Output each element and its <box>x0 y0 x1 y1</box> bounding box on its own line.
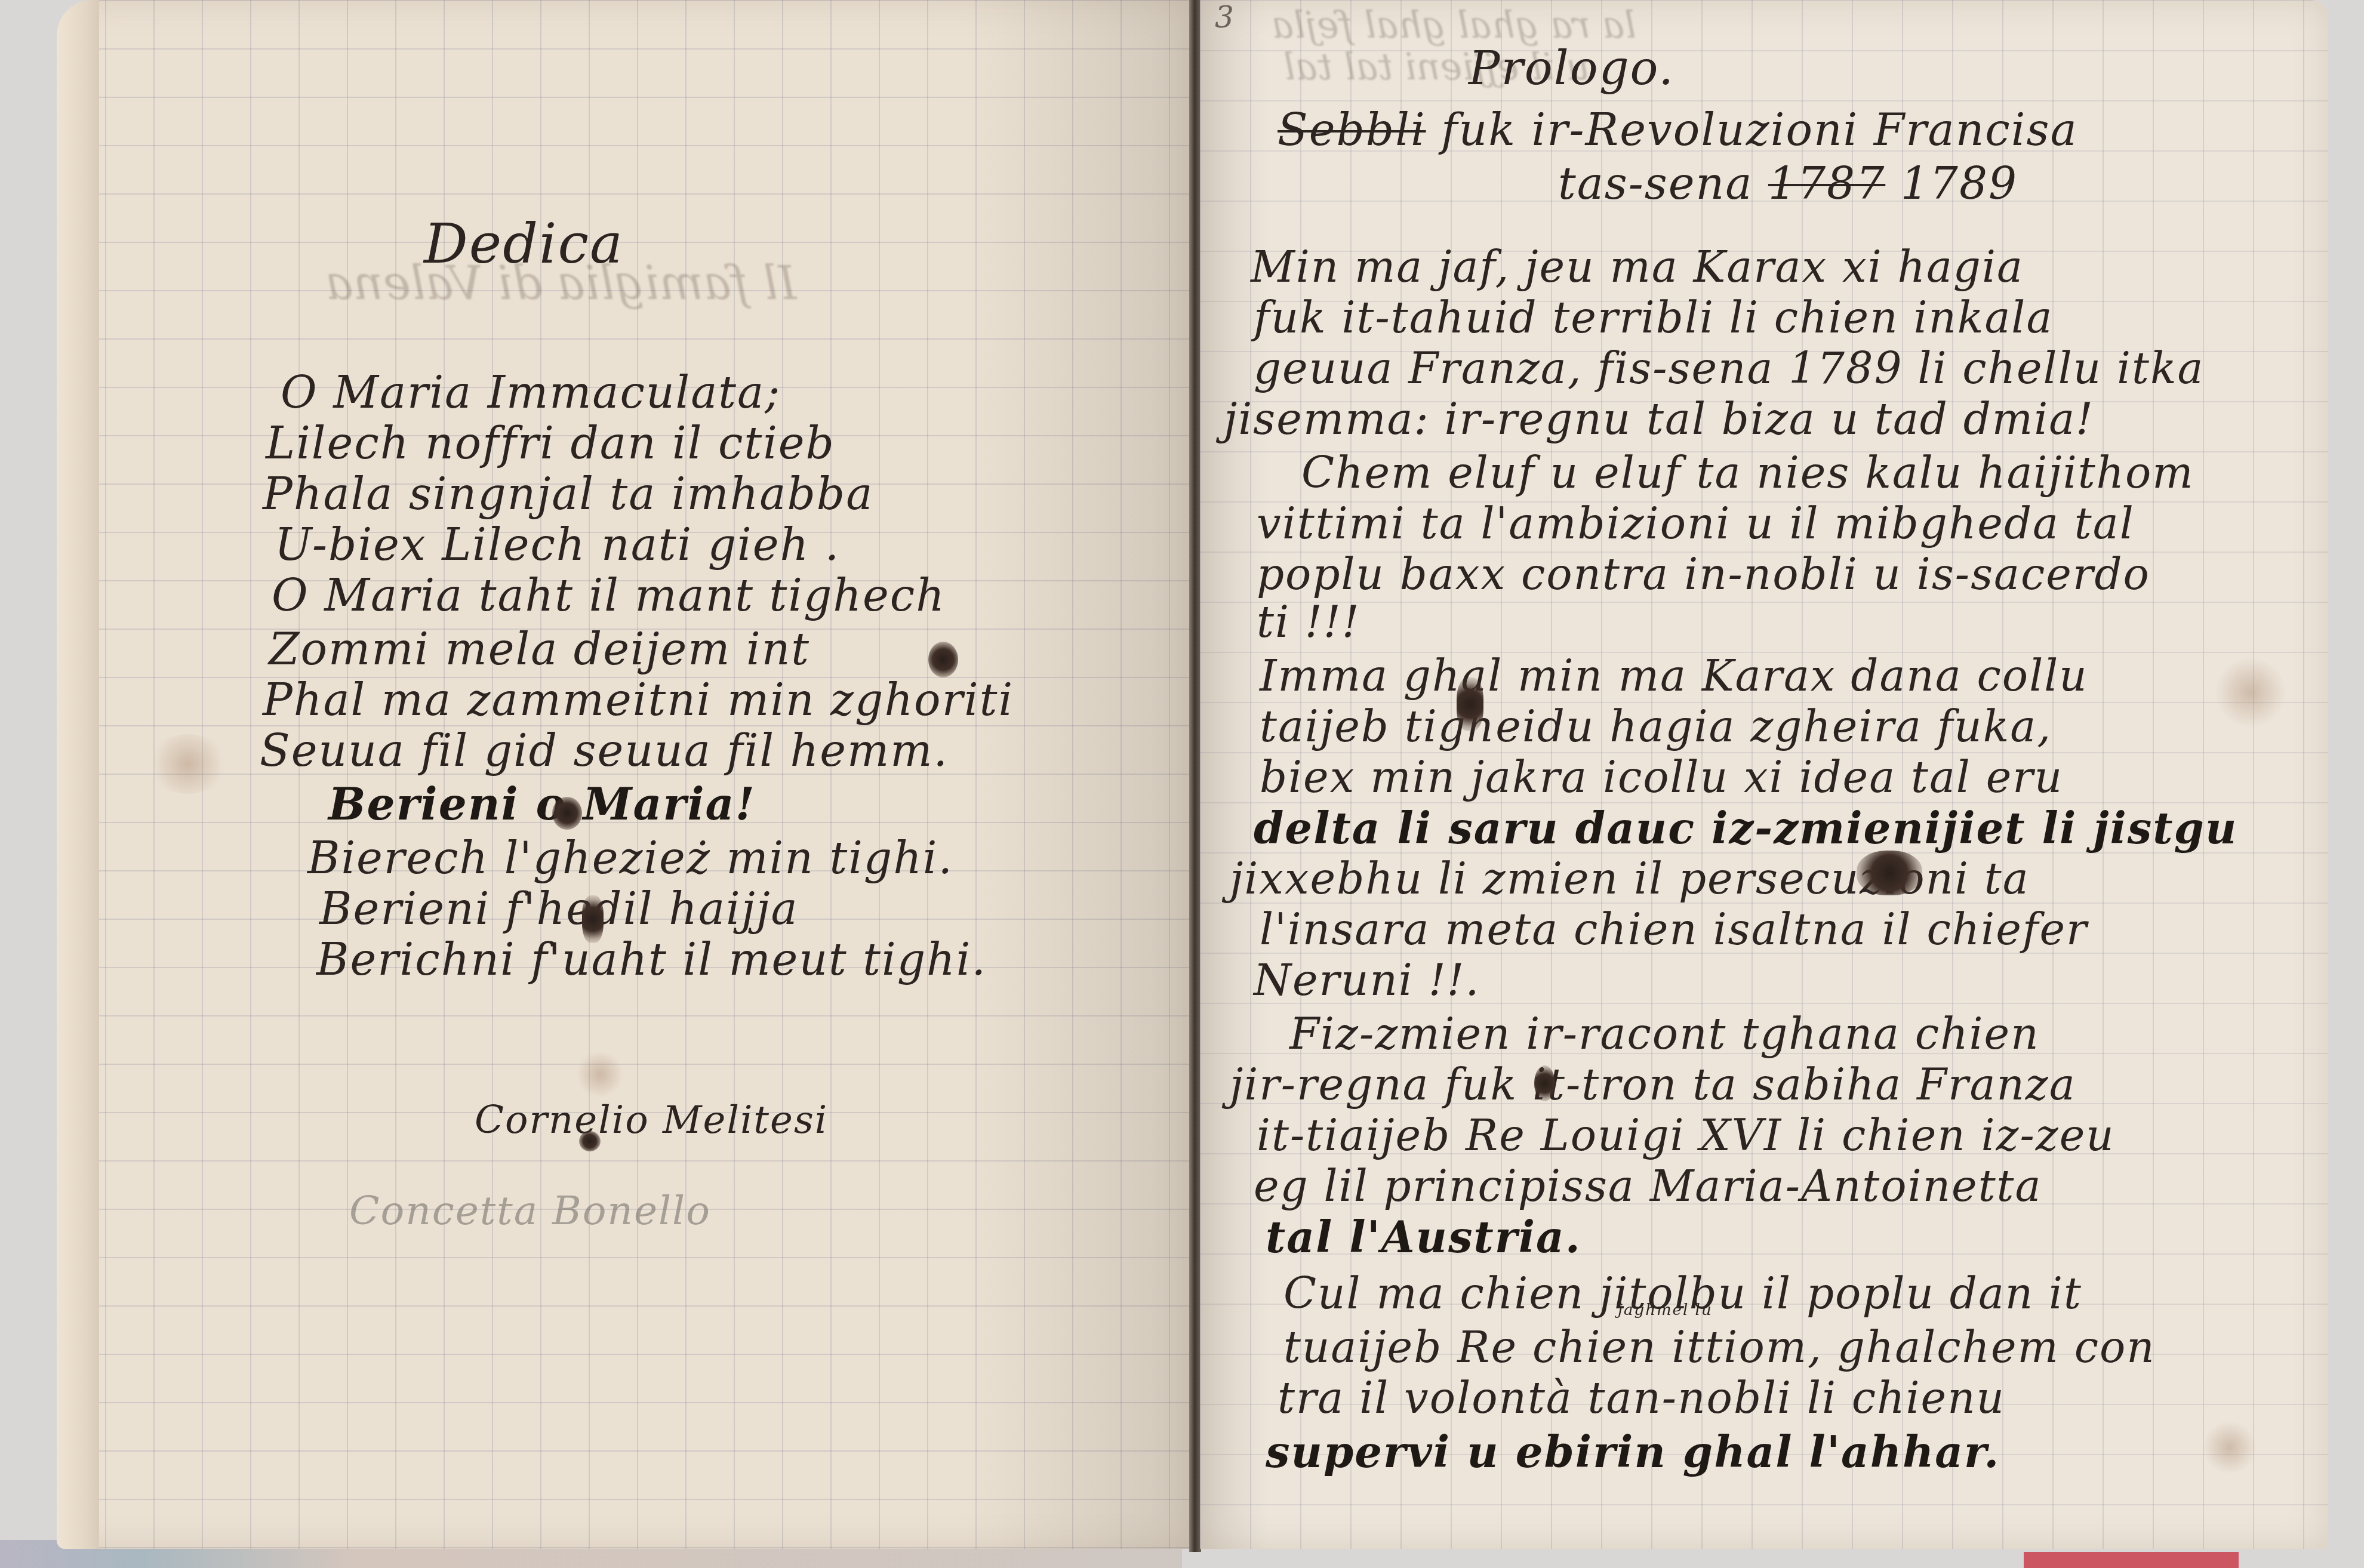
body-line: tra il volontà tan-nobli li chienu <box>1278 1373 2005 1423</box>
dedication-title: Dedica <box>424 212 624 276</box>
struck-date: 1787 <box>1768 158 1885 210</box>
poem-line: Phala singnjal ta imhabba <box>263 469 873 520</box>
body-line: Imma ghal min ma Karax dana collu <box>1260 651 2088 701</box>
ink-blot <box>928 642 958 677</box>
date-prefix: tas-sena <box>1558 158 1753 210</box>
stain <box>576 1051 624 1098</box>
body-line: poplu baxx contra in-nobli u is-sacerdo <box>1257 549 2150 599</box>
poem-line: Zommi mela deijem int <box>269 624 810 675</box>
ink-blot <box>582 895 604 943</box>
struck-word: Sebbli <box>1278 104 1426 156</box>
body-line: taijeb tigheidu hagia zgheira fuka, <box>1260 701 2052 751</box>
body-line: geuua Franza, fis-sena 1789 li chellu it… <box>1254 343 2204 393</box>
refrain-line: Berieni f'hedil haijja <box>319 883 799 935</box>
book-gutter <box>1189 0 1201 1552</box>
ink-blot <box>1457 677 1483 731</box>
red-cloth-bottom <box>2024 1552 2239 1568</box>
ink-blot <box>552 797 582 830</box>
ink-blot <box>1857 851 1922 895</box>
bleed-through-text: la ra ghal ghal fejla <box>1272 3 1636 47</box>
poem-line: U-biex Lilech nati gieh . <box>275 519 840 571</box>
body-line: delta li saru dauc iz-zmienijiet li jist… <box>1254 803 2237 854</box>
right-page: la ra ghal ghal fejla u il ejjieni tal t… <box>1200 0 2328 1549</box>
body-line: biex min jakra icollu xi idea tal eru <box>1260 752 2063 802</box>
prologue-subtitle: Sebbli fuk ir-Revoluzioni Francisa <box>1278 104 2078 156</box>
poem-line: Seuua fil gid seuua fil hemm. <box>260 725 949 777</box>
subtitle-text: fuk ir-Revoluzioni Francisa <box>1441 104 2077 156</box>
body-line: fuk it-tahuid terribli li chien inkala <box>1254 292 2053 343</box>
body-line: ti !!! <box>1257 597 1360 647</box>
prologue-date: tas-sena 1787 1789 <box>1558 158 2018 210</box>
refrain-line: Berieni o Maria! <box>328 779 756 830</box>
body-line: Min ma jaf, jeu ma Karax xi hagia <box>1251 242 2024 292</box>
poem-line: O Maria Immaculata; <box>281 367 781 418</box>
poem-line: Lilech noffri dan il ctieb <box>266 418 835 469</box>
stain <box>2215 657 2286 728</box>
ink-signature: Cornelio Melitesi <box>475 1098 828 1142</box>
body-line: l'insara meta chien isaltna il chiefer <box>1260 904 2088 954</box>
body-line: eg lil principissa Maria-Antoinetta <box>1254 1161 2042 1211</box>
body-line: tuaijeb Re chien ittiom, ghalchem con <box>1283 1322 2156 1372</box>
stain <box>146 734 230 794</box>
body-line: Fiz-zmien ir-racont tghana chien <box>1289 1009 2040 1059</box>
date-value: 1789 <box>1901 158 2018 210</box>
body-line: vittimi ta l'ambizioni u il mibgheda tal <box>1257 498 2135 549</box>
body-line: supervi u ebirin ghal l'ahhar. <box>1266 1427 2000 1477</box>
poem-line: O Maria taht il mant tighech <box>272 570 946 621</box>
refrain-line: Berichni f'uaht il meut tighi. <box>316 934 987 985</box>
body-line: it-tiaijeb Re Louigi XVI li chien iz-zeu <box>1257 1110 2115 1160</box>
interlinear-note: jaghmel lu <box>1618 1301 1713 1319</box>
page-number: 3 <box>1215 0 1235 35</box>
body-line: jisemma: ir-regnu tal biza u tad dmia! <box>1224 394 2094 444</box>
stain <box>2203 1421 2257 1474</box>
body-line: Chem eluf u eluf ta nies kalu haijithom <box>1301 448 2194 498</box>
left-page: Il famiglia di Valena Dedica O Maria Imm… <box>57 0 1191 1549</box>
prologue-title: Prologo. <box>1469 42 1674 96</box>
ink-blot <box>1534 1065 1555 1101</box>
poem-line: Phal ma zammeitni min zghoriti <box>263 674 1014 726</box>
body-line: jir-regna fuk it-tron ta sabiha Franza <box>1230 1059 2076 1110</box>
refrain-line: Bierech l'ghezież min tighi. <box>307 833 953 884</box>
body-line: Neruni !!. <box>1254 955 1480 1005</box>
body-line: tal l'Austria. <box>1266 1212 1581 1262</box>
ink-blot <box>579 1131 601 1151</box>
pencil-signature: Concetta Bonello <box>349 1188 711 1234</box>
